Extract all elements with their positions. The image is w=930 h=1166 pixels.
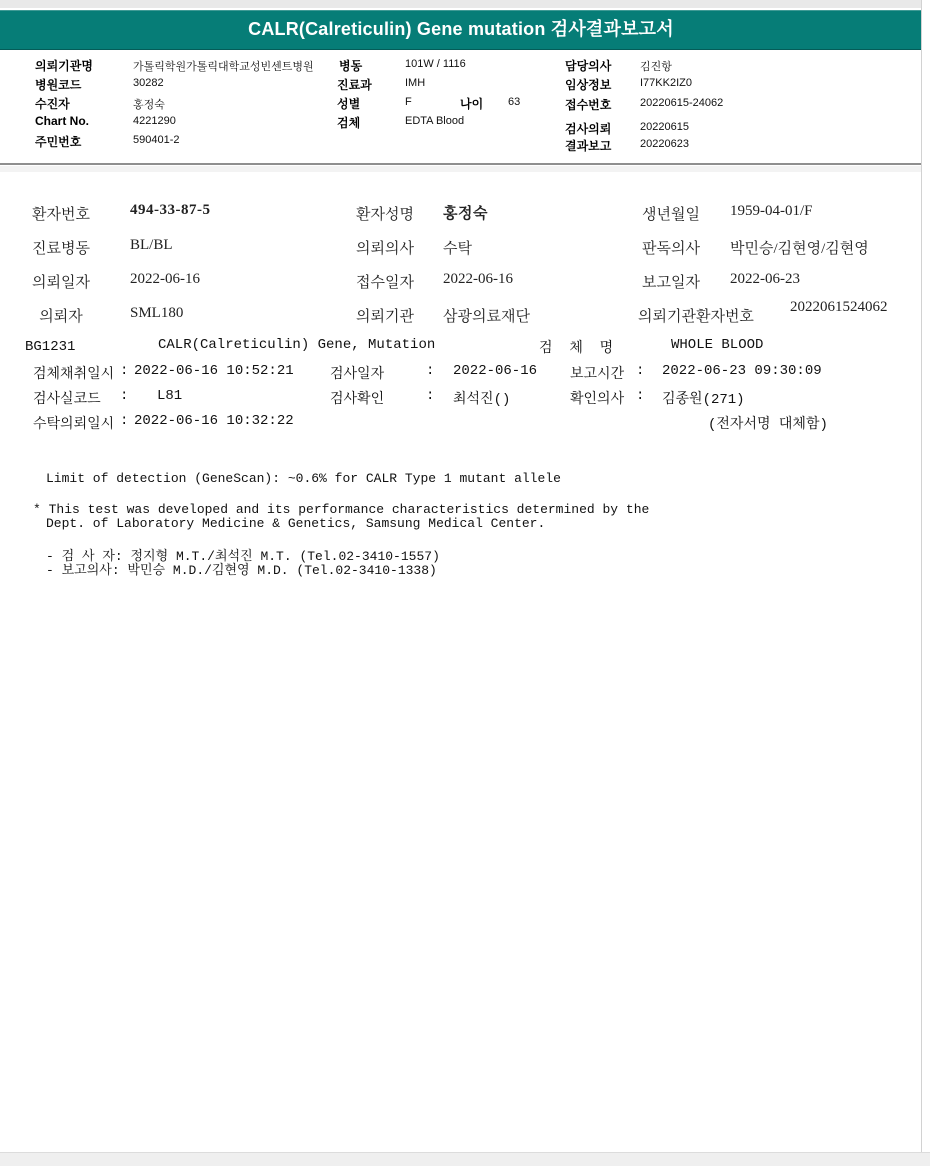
page-title: CALR(Calreticulin) Gene mutation 검사결과보고서 bbox=[0, 11, 922, 48]
report-title-bar: CALR(Calreticulin) Gene mutation 검사결과보고서 bbox=[0, 10, 922, 50]
test-name: CALR(Calreticulin) Gene, Mutation bbox=[158, 337, 435, 353]
colon-separator: : bbox=[426, 388, 434, 404]
patient-field-label: 의뢰의사 bbox=[353, 237, 417, 258]
header-field-label: 병원코드 bbox=[35, 76, 81, 93]
colon-separator: : bbox=[426, 363, 434, 379]
patient-field-label: 의뢰일자 bbox=[30, 271, 92, 292]
consign-value: 2022-06-16 10:32:22 bbox=[134, 413, 294, 429]
patient-field-value: 2022-06-23 bbox=[730, 271, 800, 288]
lab-code-value: L81 bbox=[157, 388, 182, 404]
header-field-label: 진료과 bbox=[337, 76, 372, 93]
patient-field-value: SML180 bbox=[130, 305, 183, 322]
divider-line bbox=[0, 163, 922, 165]
header-field-value: 20220615-24062 bbox=[640, 97, 723, 109]
header-field-value: 101W / 1116 bbox=[405, 58, 466, 70]
window-top-strip bbox=[0, 0, 922, 8]
patient-field-label: 보고일자 bbox=[638, 271, 704, 292]
patient-field-label: 의뢰기관 bbox=[353, 305, 417, 326]
report-page: CALR(Calreticulin) Gene mutation 검사결과보고서… bbox=[0, 0, 930, 1166]
header-field-label: Chart No. bbox=[35, 114, 89, 128]
note-dev-line1: * This test was developed and its perfor… bbox=[33, 502, 649, 517]
divider-shadow bbox=[0, 166, 922, 172]
header-field-label: 검사의뢰 bbox=[565, 120, 611, 137]
header-field-value: 30282 bbox=[133, 77, 164, 89]
header-field-label: 검체 bbox=[337, 114, 360, 131]
patient-field-label: 의뢰기관환자번호 bbox=[638, 305, 754, 326]
header-field-label: 나이 bbox=[460, 95, 483, 112]
notes-section: Limit of detection (GeneScan): ~0.6% for… bbox=[0, 465, 930, 575]
consign-label: 수탁의뢰일시 bbox=[33, 413, 114, 433]
lab-code-label: 검사실코드 bbox=[33, 388, 101, 408]
test-confirm-label: 검사확인 bbox=[330, 388, 384, 408]
colon-separator: : bbox=[120, 413, 128, 429]
test-date-label: 검사일자 bbox=[330, 363, 384, 383]
header-field-value: 20220615 bbox=[640, 121, 689, 133]
header-field-value: 4221290 bbox=[133, 115, 176, 127]
header-field-value: 홍정숙 bbox=[133, 96, 165, 112]
header-field-label: 접수번호 bbox=[565, 96, 611, 113]
report-time-label: 보고시간 bbox=[570, 363, 624, 383]
report-time-value: 2022-06-23 09:30:09 bbox=[662, 363, 822, 379]
test-date-value: 2022-06-16 bbox=[453, 363, 537, 379]
header-field-label: 담당의사 bbox=[565, 57, 611, 74]
header-field-label: 주민번호 bbox=[35, 133, 81, 150]
header-field-value: 20220623 bbox=[640, 138, 689, 150]
test-code: BG1231 bbox=[25, 339, 75, 355]
patient-field-label: 의뢰자 bbox=[30, 305, 92, 326]
header-field-value: 590401-2 bbox=[133, 134, 180, 146]
header-field-value: IMH bbox=[405, 77, 425, 89]
colon-separator: : bbox=[636, 363, 644, 379]
confirm-doctor-value: 김종원(271) bbox=[662, 388, 745, 408]
right-gutter bbox=[921, 0, 930, 1152]
window-bottom-strip bbox=[0, 1152, 930, 1166]
patient-field-label: 생년월일 bbox=[638, 203, 704, 224]
patient-field-value: 삼광의료재단 bbox=[443, 305, 530, 326]
patient-field-value: 494-33-87-5 bbox=[130, 202, 211, 219]
patient-field-value: 1959-04-01/F bbox=[730, 203, 813, 220]
collected-value: 2022-06-16 10:52:21 bbox=[134, 363, 294, 379]
header-field-label: 의뢰기관명 bbox=[35, 57, 93, 74]
header-field-value: F bbox=[405, 96, 412, 108]
header-field-value: 63 bbox=[508, 96, 520, 108]
patient-field-value: 2022061524062 bbox=[790, 299, 894, 316]
header-field-label: 병동 bbox=[339, 57, 362, 74]
specimen-name-label: 검 체 명 bbox=[539, 337, 613, 357]
header-field-label: 성별 bbox=[337, 95, 360, 112]
header-field-label: 수진자 bbox=[35, 95, 70, 112]
patient-field-value: 수탁 bbox=[443, 237, 472, 258]
note-reporter: - 보고의사: 박민승 M.D./김현영 M.D. (Tel.02-3410-1… bbox=[46, 559, 437, 578]
header-field-label: 임상정보 bbox=[565, 76, 611, 93]
header-info-section: 의뢰기관명 가톨릭학원가톨릭대학교성빈센트병원 병원코드 30282 수진자 홍… bbox=[0, 56, 922, 156]
confirm-doctor-label: 확인의사 bbox=[570, 388, 624, 408]
collected-label: 검체채취일시 bbox=[33, 363, 114, 383]
patient-field-value: 홍정숙 bbox=[443, 202, 488, 223]
header-field-value: 가톨릭학원가톨릭대학교성빈센트병원 bbox=[133, 58, 314, 74]
patient-field-value: BL/BL bbox=[130, 237, 173, 254]
header-field-value: 김진항 bbox=[640, 58, 672, 74]
colon-separator: : bbox=[636, 388, 644, 404]
patient-field-label: 환자번호 bbox=[30, 203, 92, 224]
test-confirm-value: 최석진() bbox=[453, 388, 510, 408]
specimen-name-value: WHOLE BLOOD bbox=[671, 337, 763, 353]
colon-separator: : bbox=[120, 388, 128, 404]
esign-note: (전자서명 대체함) bbox=[708, 413, 828, 433]
note-dev-line2: Dept. of Laboratory Medicine & Genetics,… bbox=[46, 516, 545, 531]
patient-field-label: 환자성명 bbox=[353, 203, 417, 224]
note-lod: Limit of detection (GeneScan): ~0.6% for… bbox=[46, 471, 561, 486]
header-field-value: I77KK2IZ0 bbox=[640, 77, 692, 89]
patient-field-label: 판독의사 bbox=[638, 237, 704, 258]
header-field-value: EDTA Blood bbox=[405, 115, 464, 127]
header-field-label: 결과보고 bbox=[565, 137, 611, 154]
colon-separator: : bbox=[120, 363, 128, 379]
patient-field-value: 2022-06-16 bbox=[443, 271, 513, 288]
test-details-section: BG1231 CALR(Calreticulin) Gene, Mutation… bbox=[0, 337, 930, 442]
patient-field-label: 접수일자 bbox=[353, 271, 417, 292]
patient-field-label: 진료병동 bbox=[30, 237, 92, 258]
patient-field-value: 박민승/김현영/김현영 bbox=[730, 237, 869, 258]
patient-field-value: 2022-06-16 bbox=[130, 271, 200, 288]
